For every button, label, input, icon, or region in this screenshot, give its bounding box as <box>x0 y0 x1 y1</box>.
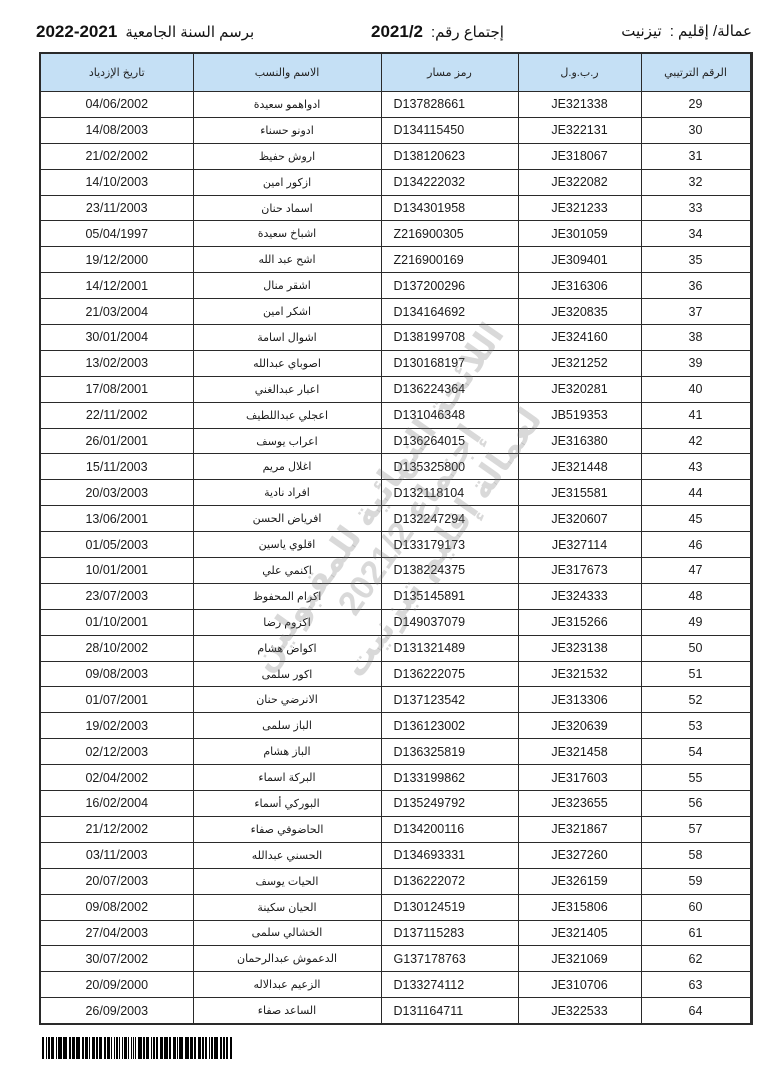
cell-name: اكور سلمى <box>193 661 381 687</box>
meeting-info: إجتماع رقم: 2021/2 <box>371 22 504 42</box>
cell-massar: D133199862 <box>381 765 518 791</box>
cell-index: 46 <box>641 532 751 558</box>
cell-dob: 02/04/2002 <box>40 765 193 791</box>
barcode-bar <box>156 1037 158 1059</box>
cell-massar: D134164692 <box>381 299 518 325</box>
table-row: 54JE321458D136325819الباز هشام02/12/2003 <box>40 739 751 765</box>
cell-massar: D130168197 <box>381 350 518 376</box>
cell-dob: 14/12/2001 <box>40 273 193 299</box>
cell-massar: D134200116 <box>381 816 518 842</box>
cell-name: اشباخ سعيدة <box>193 221 381 247</box>
table-row: 42JE316380D136264015اعراب يوسف26/01/2001 <box>40 428 751 454</box>
cell-cne: JE309401 <box>518 247 641 273</box>
column-header-name: الاسم والنسب <box>193 53 381 92</box>
cell-index: 54 <box>641 739 751 765</box>
cell-massar: D131164711 <box>381 998 518 1024</box>
table-row: 51JE321532D136222075اكور سلمى09/08/2003 <box>40 661 751 687</box>
cell-dob: 30/01/2004 <box>40 325 193 351</box>
cell-dob: 21/02/2002 <box>40 143 193 169</box>
cell-name: افرياض الحسن <box>193 506 381 532</box>
cell-index: 62 <box>641 946 751 972</box>
barcode-bar <box>131 1037 132 1059</box>
barcode-bar <box>135 1037 136 1059</box>
barcode-icon <box>42 1037 233 1059</box>
cell-cne: JE321867 <box>518 816 641 842</box>
barcode-bar <box>177 1037 178 1059</box>
page-header: عمالة/ إقليم : تيزنيت إجتماع رقم: 2021/2… <box>36 22 752 46</box>
cell-massar: D134115450 <box>381 117 518 143</box>
cell-index: 50 <box>641 635 751 661</box>
cell-index: 49 <box>641 609 751 635</box>
table-row: 48JE324333D135145891اكرام المحفوظ23/07/2… <box>40 583 751 609</box>
cell-name: اروش حفيظ <box>193 143 381 169</box>
cell-cne: JE321532 <box>518 661 641 687</box>
table-header: الرقم الترتيبي ر.ب.و.ل رمز مسار الاسم وا… <box>40 53 751 92</box>
table-body: 29JE321338D137828661ادواهمو سعيدة04/06/2… <box>40 92 751 1025</box>
barcode-bar <box>198 1037 201 1059</box>
barcode-bar <box>209 1037 210 1059</box>
cell-cne: JE321405 <box>518 920 641 946</box>
cell-cne: JE316380 <box>518 428 641 454</box>
cell-dob: 02/12/2003 <box>40 739 193 765</box>
cell-index: 53 <box>641 713 751 739</box>
cell-index: 30 <box>641 117 751 143</box>
table-row: 36JE316306D137200296اشقر منال14/12/2001 <box>40 273 751 299</box>
cell-massar: D136123002 <box>381 713 518 739</box>
cell-massar: D132118104 <box>381 480 518 506</box>
barcode-bar <box>124 1037 127 1059</box>
cell-index: 34 <box>641 221 751 247</box>
barcode-bar <box>111 1037 112 1059</box>
cell-index: 38 <box>641 325 751 351</box>
cell-dob: 10/01/2001 <box>40 558 193 584</box>
column-header-massar: رمز مسار <box>381 53 518 92</box>
barcode-bar <box>85 1037 88 1059</box>
table-row: 63JE310706D133274112الزعيم عبدالاله20/09… <box>40 972 751 998</box>
barcode-bar <box>116 1037 118 1059</box>
barcode-bar <box>104 1037 106 1059</box>
barcode-bar <box>58 1037 62 1059</box>
cell-cne: JE313306 <box>518 687 641 713</box>
cell-dob: 22/11/2002 <box>40 402 193 428</box>
barcode-bar <box>146 1037 149 1059</box>
table-row: 46JE327114D133179173اقلوي ياسين01/05/200… <box>40 532 751 558</box>
prefecture-info: عمالة/ إقليم : تيزنيت <box>621 22 752 40</box>
cell-massar: D131321489 <box>381 635 518 661</box>
barcode-bar <box>63 1037 67 1059</box>
barcode-bar <box>194 1037 196 1059</box>
cell-cne: JE317603 <box>518 765 641 791</box>
cell-cne: JE316306 <box>518 273 641 299</box>
cell-massar: D135325800 <box>381 454 518 480</box>
cell-massar: D137123542 <box>381 687 518 713</box>
cell-massar: D132247294 <box>381 506 518 532</box>
table-row: 52JE313306D137123542الانرضي حنان01/07/20… <box>40 687 751 713</box>
cell-cne: JE323138 <box>518 635 641 661</box>
cell-massar: Z216900305 <box>381 221 518 247</box>
cell-index: 31 <box>641 143 751 169</box>
cell-name: البوركي أسماء <box>193 791 381 817</box>
cell-name: اعبار عبدالغني <box>193 376 381 402</box>
cell-dob: 23/07/2003 <box>40 583 193 609</box>
cell-name: اكواض هشام <box>193 635 381 661</box>
cell-name: اكنمي علي <box>193 558 381 584</box>
cell-name: اقلوي ياسين <box>193 532 381 558</box>
barcode-bar <box>151 1037 152 1059</box>
cell-dob: 05/04/1997 <box>40 221 193 247</box>
cell-dob: 13/02/2003 <box>40 350 193 376</box>
table-row: 33JE321233D134301958اسماد حنان23/11/2003 <box>40 195 751 221</box>
cell-cne: JE301059 <box>518 221 641 247</box>
cell-index: 52 <box>641 687 751 713</box>
cell-dob: 20/09/2000 <box>40 972 193 998</box>
barcode-bar <box>153 1037 155 1059</box>
cell-massar: D136264015 <box>381 428 518 454</box>
cell-cne: JE315266 <box>518 609 641 635</box>
cell-name: الساعد صفاء <box>193 998 381 1024</box>
cell-dob: 30/07/2002 <box>40 946 193 972</box>
cell-cne: JE320607 <box>518 506 641 532</box>
cell-cne: JE317673 <box>518 558 641 584</box>
academic-year-value: 2022-2021 <box>36 22 117 42</box>
table-row: 30JE322131D134115450ادونو حسناء14/08/200… <box>40 117 751 143</box>
cell-massar: D137115283 <box>381 920 518 946</box>
barcode-bar <box>48 1037 50 1059</box>
cell-cne: JE320281 <box>518 376 641 402</box>
cell-dob: 21/12/2002 <box>40 816 193 842</box>
cell-cne: JE324333 <box>518 583 641 609</box>
cell-name: الدعموش عبدالرحمان <box>193 946 381 972</box>
table-row: 53JE320639D136123002الباز سلمى19/02/2003 <box>40 713 751 739</box>
cell-index: 45 <box>641 506 751 532</box>
cell-index: 44 <box>641 480 751 506</box>
barcode-bar <box>72 1037 75 1059</box>
table-row: 59JE326159D136222072الحيات يوسف20/07/200… <box>40 868 751 894</box>
cell-massar: D136224364 <box>381 376 518 402</box>
academic-year-label: برسم السنة الجامعية <box>125 23 254 41</box>
barcode-bar <box>173 1037 176 1059</box>
cell-dob: 09/08/2003 <box>40 661 193 687</box>
cell-dob: 14/08/2003 <box>40 117 193 143</box>
barcode-bar <box>114 1037 115 1059</box>
table-row: 60JE315806D130124519الحيان سكينة09/08/20… <box>40 894 751 920</box>
cell-cne: JE321233 <box>518 195 641 221</box>
cell-name: الباز سلمى <box>193 713 381 739</box>
cell-name: الحاضوفي صفاء <box>193 816 381 842</box>
barcode-bar <box>51 1037 54 1059</box>
roster-table: الرقم الترتيبي ر.ب.و.ل رمز مسار الاسم وا… <box>39 52 753 1025</box>
barcode-bar <box>92 1037 95 1059</box>
cell-cne: JE315581 <box>518 480 641 506</box>
barcode-bar <box>223 1037 225 1059</box>
cell-index: 57 <box>641 816 751 842</box>
cell-index: 47 <box>641 558 751 584</box>
cell-name: افراد نادية <box>193 480 381 506</box>
cell-massar: D133274112 <box>381 972 518 998</box>
cell-index: 42 <box>641 428 751 454</box>
table-row: 39JE321252D130168197اصوباي عبدالله13/02/… <box>40 350 751 376</box>
barcode-bar <box>69 1037 71 1059</box>
column-header-index: الرقم الترتيبي <box>641 53 751 92</box>
barcode-bar <box>202 1037 204 1059</box>
barcode-bar <box>179 1037 183 1059</box>
cell-cne: JE321338 <box>518 92 641 118</box>
cell-massar: D136222072 <box>381 868 518 894</box>
table-row: 62JE321069G137178763الدعموش عبدالرحمان30… <box>40 946 751 972</box>
barcode-bar <box>46 1037 47 1059</box>
cell-name: اغلال مريم <box>193 454 381 480</box>
cell-dob: 13/06/2001 <box>40 506 193 532</box>
cell-name: ادونو حسناء <box>193 117 381 143</box>
cell-index: 43 <box>641 454 751 480</box>
cell-dob: 04/06/2002 <box>40 92 193 118</box>
cell-cne: JE320835 <box>518 299 641 325</box>
cell-massar: D136325819 <box>381 739 518 765</box>
cell-index: 36 <box>641 273 751 299</box>
cell-index: 37 <box>641 299 751 325</box>
barcode-bar <box>76 1037 80 1059</box>
cell-massar: D137200296 <box>381 273 518 299</box>
cell-index: 61 <box>641 920 751 946</box>
cell-massar: G137178763 <box>381 946 518 972</box>
barcode-bar <box>56 1037 57 1059</box>
barcode-bar <box>190 1037 193 1059</box>
cell-massar: D138199708 <box>381 325 518 351</box>
cell-name: الحيان سكينة <box>193 894 381 920</box>
cell-name: الحسني عبدالله <box>193 842 381 868</box>
cell-dob: 26/01/2001 <box>40 428 193 454</box>
cell-dob: 20/03/2003 <box>40 480 193 506</box>
table-row: 34JE301059Z216900305اشباخ سعيدة05/04/199… <box>40 221 751 247</box>
cell-cne: JE310706 <box>518 972 641 998</box>
barcode-bar <box>128 1037 129 1059</box>
barcode-bar <box>119 1037 120 1059</box>
barcode-bar <box>107 1037 110 1059</box>
cell-name: الانرضي حنان <box>193 687 381 713</box>
cell-dob: 21/03/2004 <box>40 299 193 325</box>
cell-dob: 14/10/2003 <box>40 169 193 195</box>
table-row: 57JE321867D134200116الحاضوفي صفاء21/12/2… <box>40 816 751 842</box>
cell-massar: D134301958 <box>381 195 518 221</box>
cell-dob: 28/10/2002 <box>40 635 193 661</box>
cell-index: 35 <box>641 247 751 273</box>
table-row: 47JE317673D138224375اكنمي علي10/01/2001 <box>40 558 751 584</box>
barcode-bar <box>226 1037 228 1059</box>
cell-index: 29 <box>641 92 751 118</box>
table-row: 35JE309401Z216900169اشح عبد الله19/12/20… <box>40 247 751 273</box>
cell-cne: JE321448 <box>518 454 641 480</box>
cell-index: 40 <box>641 376 751 402</box>
cell-name: اعراب يوسف <box>193 428 381 454</box>
cell-name: ادواهمو سعيدة <box>193 92 381 118</box>
cell-index: 64 <box>641 998 751 1024</box>
cell-massar: D134693331 <box>381 842 518 868</box>
cell-dob: 03/11/2003 <box>40 842 193 868</box>
table-row: 40JE320281D136224364اعبار عبدالغني17/08/… <box>40 376 751 402</box>
barcode-bar <box>89 1037 90 1059</box>
cell-index: 51 <box>641 661 751 687</box>
cell-name: اشقر منال <box>193 273 381 299</box>
barcode-bar <box>138 1037 142 1059</box>
barcode-bar <box>42 1037 44 1059</box>
cell-name: اعجلي عبداللطيف <box>193 402 381 428</box>
cell-index: 32 <box>641 169 751 195</box>
roster-table-container: الرقم الترتيبي ر.ب.و.ل رمز مسار الاسم وا… <box>39 52 750 1025</box>
cell-dob: 20/07/2003 <box>40 868 193 894</box>
cell-cne: JE321458 <box>518 739 641 765</box>
cell-dob: 15/11/2003 <box>40 454 193 480</box>
cell-massar: D149037079 <box>381 609 518 635</box>
cell-dob: 17/08/2001 <box>40 376 193 402</box>
cell-dob: 01/10/2001 <box>40 609 193 635</box>
cell-index: 55 <box>641 765 751 791</box>
cell-name: اكزوم رضا <box>193 609 381 635</box>
cell-cne: JE322082 <box>518 169 641 195</box>
table-row: 44JE315581D132118104افراد نادية20/03/200… <box>40 480 751 506</box>
cell-dob: 26/09/2003 <box>40 998 193 1024</box>
table-row: 29JE321338D137828661ادواهمو سعيدة04/06/2… <box>40 92 751 118</box>
cell-dob: 16/02/2004 <box>40 791 193 817</box>
cell-cne: JE327260 <box>518 842 641 868</box>
cell-name: اسماد حنان <box>193 195 381 221</box>
barcode-bar <box>214 1037 218 1059</box>
barcode-bar <box>185 1037 189 1059</box>
header-row: الرقم الترتيبي ر.ب.و.ل رمز مسار الاسم وا… <box>40 53 751 92</box>
cell-massar: D133179173 <box>381 532 518 558</box>
cell-massar: D138120623 <box>381 143 518 169</box>
cell-cne: JE320639 <box>518 713 641 739</box>
cell-cne: JE322533 <box>518 998 641 1024</box>
table-row: 58JE327260D134693331الحسني عبدالله03/11/… <box>40 842 751 868</box>
table-row: 64JE322533D131164711الساعد صفاء26/09/200… <box>40 998 751 1024</box>
barcode-bar <box>205 1037 207 1059</box>
cell-index: 41 <box>641 402 751 428</box>
barcode-bar <box>99 1037 102 1059</box>
table-row: 45JE320607D132247294افرياض الحسن13/06/20… <box>40 506 751 532</box>
barcode-bar <box>164 1037 168 1059</box>
cell-cne: JE326159 <box>518 868 641 894</box>
cell-name: اكرام المحفوظ <box>193 583 381 609</box>
table-row: 56JE323655D135249792البوركي أسماء16/02/2… <box>40 791 751 817</box>
cell-massar: D131046348 <box>381 402 518 428</box>
cell-index: 60 <box>641 894 751 920</box>
table-row: 41JB519353D131046348اعجلي عبداللطيف22/11… <box>40 402 751 428</box>
cell-cne: JE321069 <box>518 946 641 972</box>
column-header-dob: تاريخ الإزدياد <box>40 53 193 92</box>
cell-name: الزعيم عبدالاله <box>193 972 381 998</box>
cell-massar: D138224375 <box>381 558 518 584</box>
cell-massar: D134222032 <box>381 169 518 195</box>
barcode-bar <box>211 1037 213 1059</box>
cell-index: 33 <box>641 195 751 221</box>
cell-cne: JE324160 <box>518 325 641 351</box>
cell-cne: JE321252 <box>518 350 641 376</box>
cell-index: 58 <box>641 842 751 868</box>
prefecture-value: تيزنيت <box>621 22 661 40</box>
table-row: 37JE320835D134164692اشكر امين21/03/2004 <box>40 299 751 325</box>
cell-index: 56 <box>641 791 751 817</box>
table-row: 32JE322082D134222032ازكور امين14/10/2003 <box>40 169 751 195</box>
barcode-bar <box>133 1037 134 1059</box>
cell-dob: 19/12/2000 <box>40 247 193 273</box>
cell-name: اشكر امين <box>193 299 381 325</box>
barcode-bar <box>96 1037 98 1059</box>
prefecture-label: عمالة/ إقليم : <box>670 22 752 40</box>
cell-massar: D130124519 <box>381 894 518 920</box>
table-row: 49JE315266D149037079اكزوم رضا01/10/2001 <box>40 609 751 635</box>
barcode-bar <box>169 1037 171 1059</box>
cell-dob: 27/04/2003 <box>40 920 193 946</box>
barcode-bar <box>160 1037 163 1059</box>
table-row: 31JE318067D138120623اروش حفيظ21/02/2002 <box>40 143 751 169</box>
cell-cne: JE323655 <box>518 791 641 817</box>
cell-massar: D135145891 <box>381 583 518 609</box>
table-row: 61JE321405D137115283الخشالي سلمى27/04/20… <box>40 920 751 946</box>
barcode-bar <box>122 1037 123 1059</box>
barcode-bar <box>143 1037 145 1059</box>
cell-cne: JE322131 <box>518 117 641 143</box>
cell-dob: 01/07/2001 <box>40 687 193 713</box>
cell-index: 59 <box>641 868 751 894</box>
table-row: 38JE324160D138199708اشوال اسامة30/01/200… <box>40 325 751 351</box>
cell-dob: 09/08/2002 <box>40 894 193 920</box>
cell-cne: JE318067 <box>518 143 641 169</box>
cell-massar: D137828661 <box>381 92 518 118</box>
cell-index: 48 <box>641 583 751 609</box>
cell-name: اصوباي عبدالله <box>193 350 381 376</box>
meeting-label: إجتماع رقم: <box>431 23 504 41</box>
barcode-bar <box>220 1037 222 1059</box>
academic-year-info: برسم السنة الجامعية 2022-2021 <box>36 22 254 42</box>
cell-name: الباز هشام <box>193 739 381 765</box>
cell-name: البركة اسماء <box>193 765 381 791</box>
cell-name: الحيات يوسف <box>193 868 381 894</box>
cell-cne: JB519353 <box>518 402 641 428</box>
cell-name: اشوال اسامة <box>193 325 381 351</box>
barcode-bar <box>82 1037 84 1059</box>
cell-name: الخشالي سلمى <box>193 920 381 946</box>
cell-index: 63 <box>641 972 751 998</box>
meeting-number: 2021/2 <box>371 22 423 42</box>
cell-dob: 23/11/2003 <box>40 195 193 221</box>
cell-cne: JE315806 <box>518 894 641 920</box>
cell-dob: 01/05/2003 <box>40 532 193 558</box>
cell-massar: Z216900169 <box>381 247 518 273</box>
cell-name: ازكور امين <box>193 169 381 195</box>
table-row: 50JE323138D131321489اكواض هشام28/10/2002 <box>40 635 751 661</box>
column-header-cne: ر.ب.و.ل <box>518 53 641 92</box>
cell-name: اشح عبد الله <box>193 247 381 273</box>
cell-dob: 19/02/2003 <box>40 713 193 739</box>
cell-index: 39 <box>641 350 751 376</box>
table-row: 43JE321448D135325800اغلال مريم15/11/2003 <box>40 454 751 480</box>
barcode-bar <box>230 1037 232 1059</box>
cell-massar: D135249792 <box>381 791 518 817</box>
cell-massar: D136222075 <box>381 661 518 687</box>
cell-cne: JE327114 <box>518 532 641 558</box>
table-row: 55JE317603D133199862البركة اسماء02/04/20… <box>40 765 751 791</box>
